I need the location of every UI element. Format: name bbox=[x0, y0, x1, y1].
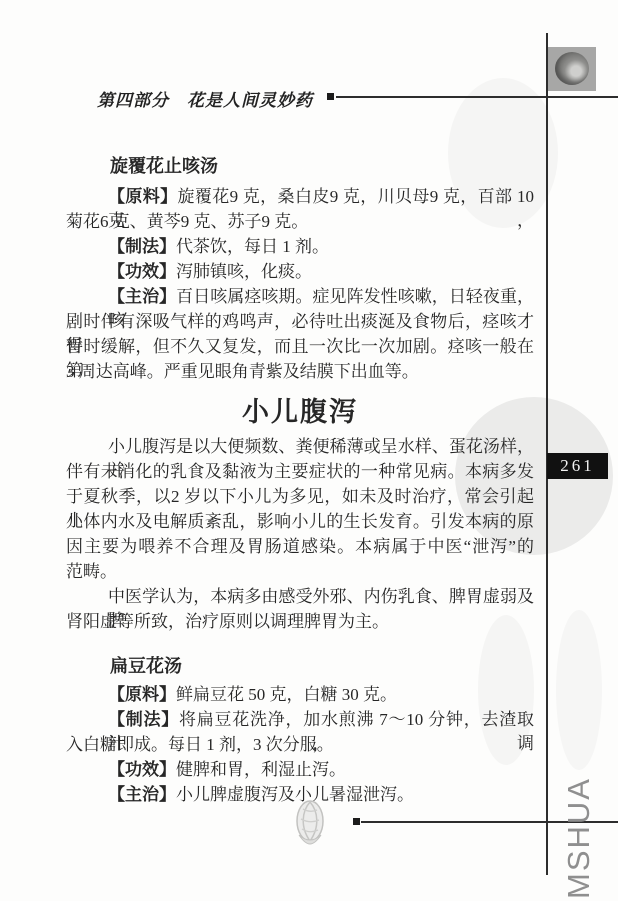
text-line: 范畴。 bbox=[66, 560, 534, 584]
text-line: 3 周达高峰。严重见眼角青紫及结膜下出血等。 bbox=[66, 360, 534, 384]
page-number-badge: 261 bbox=[547, 453, 608, 479]
text-line: 入白糖即成。每日 1 剂，3 次分服。 bbox=[66, 733, 534, 757]
field-label: 【制法】 bbox=[108, 710, 179, 729]
field-text: 3 周达高峰。严重见眼角青紫及结膜下出血等。 bbox=[66, 362, 419, 381]
paragraph-text: 肾阳虚等所致，治疗原则以调理脾胃为主。 bbox=[66, 612, 389, 631]
text-line: 【制法】代茶饮，每日 1 剂。 bbox=[66, 235, 534, 259]
footer-bullet-square bbox=[353, 818, 360, 825]
header-rule bbox=[336, 96, 618, 98]
running-header: 第四部分 花是人间灵妙药 bbox=[97, 86, 313, 111]
field-label: 【主治】 bbox=[108, 785, 176, 804]
flower-bud-icon bbox=[291, 797, 329, 849]
header-bullet-square bbox=[327, 93, 334, 100]
field-text: 菊花6 克、黄芩9 克、苏子9 克。 bbox=[66, 212, 308, 231]
field-text: 健脾和胃，利湿止泻。 bbox=[176, 760, 346, 779]
paragraph-text: 儿体内水及电解质紊乱，影响小儿的生长发育。引发本病的原 bbox=[66, 512, 534, 531]
field-text: 鲜扁豆花 50 克，白糖 30 克。 bbox=[176, 685, 397, 704]
corner-icon-box bbox=[548, 47, 596, 91]
field-text: 入白糖即成。每日 1 剂，3 次分服。 bbox=[66, 735, 334, 754]
field-label: 【制法】 bbox=[108, 237, 176, 256]
text-line: 【功效】健脾和胃，利湿止泻。 bbox=[66, 758, 534, 782]
text-line: 因主要为喂养不合理及胃肠道感染。本病属于中医“泄泻”的 bbox=[66, 535, 534, 559]
field-label: 【原料】 bbox=[108, 187, 178, 206]
text-line: 儿体内水及电解质紊乱，影响小儿的生长发育。引发本病的原 bbox=[66, 510, 534, 534]
text-line: 肾阳虚等所致，治疗原则以调理脾胃为主。 bbox=[66, 610, 534, 634]
field-text: 代茶饮，每日 1 剂。 bbox=[176, 237, 329, 256]
field-label: 【主治】 bbox=[108, 287, 176, 306]
recipe-title: 扁豆花汤 bbox=[110, 652, 182, 678]
field-label: 【功效】 bbox=[108, 760, 176, 779]
text-line: 【原料】鲜扁豆花 50 克，白糖 30 克。 bbox=[66, 683, 534, 707]
paragraph-text: 伴有未消化的乳食及黏液为主要症状的一种常见病。本病多发 bbox=[66, 462, 534, 481]
text-line: 【功效】泻肺镇咳，化痰。 bbox=[66, 260, 534, 284]
paragraph-text: 因主要为喂养不合理及胃肠道感染。本病属于中医“泄泻”的 bbox=[66, 537, 534, 556]
text-line: 菊花6 克、黄芩9 克、苏子9 克。 bbox=[66, 210, 534, 234]
field-label: 【原料】 bbox=[108, 685, 176, 704]
publisher-watermark: MSHUA bbox=[561, 779, 599, 899]
paragraph-text: 范畴。 bbox=[66, 562, 117, 581]
book-page: { "header": { "title": "第四部分 花是人间灵妙药" },… bbox=[0, 0, 618, 901]
field-text: 泻肺镇咳，化痰。 bbox=[176, 262, 312, 281]
recipe-title: 旋覆花止咳汤 bbox=[110, 152, 218, 178]
field-label: 【功效】 bbox=[108, 262, 176, 281]
section-heading: 小儿腹泻 bbox=[66, 390, 534, 429]
scan-artifact bbox=[556, 610, 602, 770]
text-line: 伴有未消化的乳食及黏液为主要症状的一种常见病。本病多发 bbox=[66, 460, 534, 484]
shell-sphere-icon bbox=[555, 52, 589, 85]
